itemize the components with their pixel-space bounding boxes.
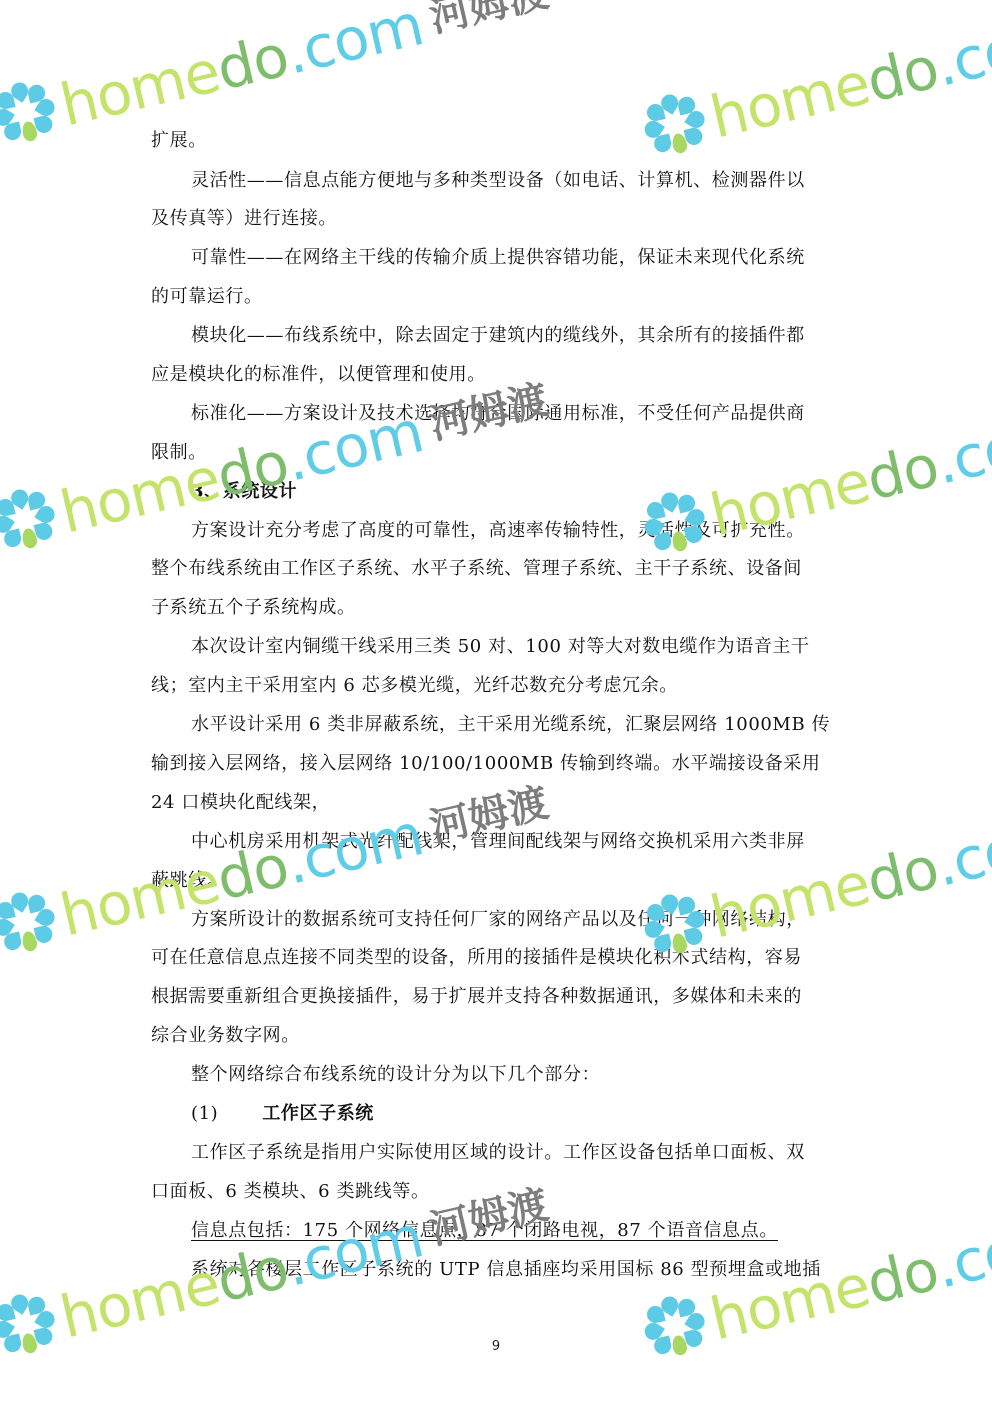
text-line: 方案所设计的数据系统可支持任何厂家的网络产品以及任何一种网络结构，: [191, 909, 805, 931]
text-line: 的可靠运行。: [151, 286, 263, 308]
text-line: 系统对各楼层工作区子系统的 UTP 信息插座均采用国标 86 型预埋盒或地插: [191, 1259, 821, 1281]
text-line: 方案设计充分考虑了高度的可靠性，高速率传输特性，灵活性及可扩充性。: [191, 520, 805, 542]
text-line: 扩展。: [151, 130, 207, 152]
text-line: 标准化——方案设计及技术选择均符合国际通用标准，不受任何产品提供商: [191, 403, 805, 425]
text-line: 可在任意信息点连接不同类型的设备，所用的接插件是模块化积木式结构，容易: [151, 947, 802, 969]
text-line: 根据需要重新组合更换接插件，易于扩展并支持各种数据通讯，多媒体和未来的: [151, 986, 802, 1008]
text-line: 整个网络综合布线系统的设计分为以下几个部分：: [191, 1064, 600, 1086]
subsection-title: 工作区子系统: [262, 1103, 374, 1124]
text-line: 水平设计采用 6 类非屏蔽系统，主干采用光缆系统，汇聚层网络 1000MB 传: [191, 714, 830, 736]
text-line: 整个布线系统由工作区子系统、水平子系统、管理子系统、主干子系统、设备间: [151, 558, 802, 580]
section-heading: 3、系统设计: [191, 481, 297, 503]
text-line: 灵活性——信息点能方便地与多种类型设备（如电话、计算机、检测器件以: [191, 170, 805, 192]
text-line: 输到接入层网络，接入层网络 10/100/1000MB 传输到终端。水平端接设备…: [151, 753, 821, 775]
text-line: 口面板、6 类模块、6 类跳线等。: [151, 1181, 430, 1203]
underlined-info-points-line: 信息点包括：175 个网络信息点，87 个闭路电视，87 个语音信息点。: [191, 1220, 778, 1242]
page-number: 9: [0, 1339, 992, 1354]
text-line: 24 口模块化配线架，: [151, 792, 330, 814]
text-line: 综合业务数字网。: [151, 1025, 300, 1047]
text-line: 可靠性——在网络主干线的传输介质上提供容错功能，保证未来现代化系统: [191, 247, 805, 269]
text-line: 工作区子系统是指用户实际使用区域的设计。工作区设备包括单口面板、双: [191, 1142, 805, 1164]
subsection-heading: (1)工作区子系统: [191, 1103, 374, 1125]
text-line: 本次设计室内铜缆干线采用三类 50 对、100 对等大对数电缆作为语音主干: [191, 636, 810, 658]
text-line: 蔽跳线。: [151, 870, 225, 892]
document-page: 扩展。 灵活性——信息点能方便地与多种类型设备（如电话、计算机、检测器件以 及传…: [0, 0, 992, 1403]
text-line: 中心机房采用机架式光纤配线架，管理间配线架与网络交换机采用六类非屏: [191, 831, 805, 853]
text-line: 线；室内主干采用室内 6 芯多模光缆，光纤芯数充分考虑冗余。: [151, 675, 678, 697]
text-line: 限制。: [151, 442, 207, 464]
text-line: 及传真等）进行连接。: [151, 208, 337, 230]
text-line: 子系统五个子系统构成。: [151, 597, 356, 619]
subsection-number: (1): [191, 1103, 218, 1124]
text-line: 应是模块化的标准件，以便管理和使用。: [151, 364, 486, 386]
text-line: 模块化——布线系统中，除去固定于建筑内的缆线外，其余所有的接插件都: [191, 325, 805, 347]
